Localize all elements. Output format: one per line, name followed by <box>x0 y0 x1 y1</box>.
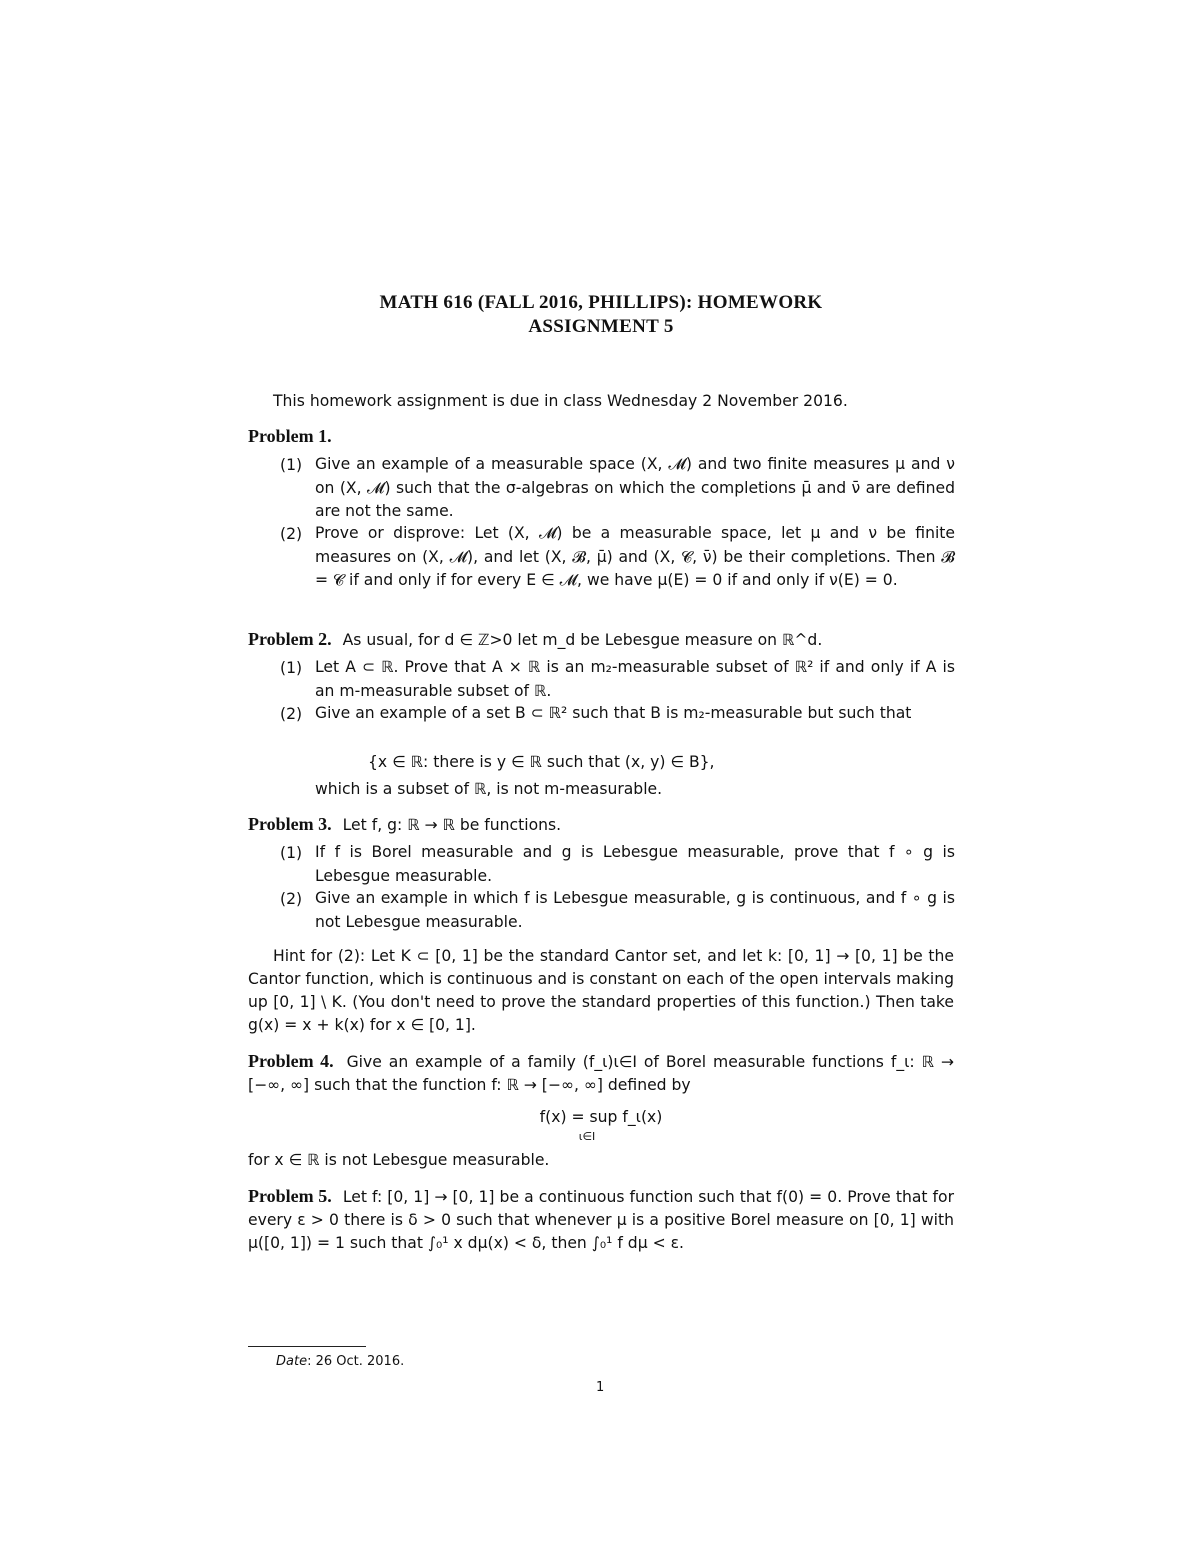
problem-2-item-2-after: which is a subset of ℝ, is not m-measura… <box>315 778 662 800</box>
problem-4-paragraph: Problem 4. Give an example of a family (… <box>248 1050 954 1097</box>
problem-1-item-2-number: (2) <box>280 523 302 545</box>
problem-2-display-set: {x ∈ ℝ: there is y ∈ ℝ such that (x, y) … <box>368 751 715 773</box>
problem-3-item-1-number: (1) <box>280 842 302 864</box>
problem-1-item-2-text: Prove or disprove: Let (X, 𝓜) be a measu… <box>315 522 955 593</box>
footnote-date: Date: 26 Oct. 2016. <box>276 1354 404 1369</box>
problem-2-label: Problem 2. <box>248 629 332 649</box>
problem-3-label: Problem 3. <box>248 814 332 834</box>
document-title-line2: ASSIGNMENT 5 <box>248 316 954 338</box>
page-number: 1 <box>596 1380 604 1395</box>
problem-1-item-1-text: Give an example of a measurable space (X… <box>315 453 955 524</box>
footnote-date-label: Date <box>276 1354 307 1369</box>
intro-text: This homework assignment is due in class… <box>273 390 848 412</box>
problem-4-lead: Give an example of a family (f_ι)ι∈I of … <box>248 1053 954 1094</box>
problem-5-paragraph: Problem 5. Let f: [0, 1] → [0, 1] be a c… <box>248 1185 954 1255</box>
problem-2-item-2-number: (2) <box>280 703 302 725</box>
problem-2-lead: As usual, for d ∈ ℤ>0 let m_d be Lebesgu… <box>343 631 823 649</box>
footnote-date-value: : 26 Oct. 2016. <box>307 1354 404 1369</box>
problem-2-item-1-number: (1) <box>280 657 302 679</box>
problem-3-item-2-number: (2) <box>280 888 302 910</box>
problem-4-after: for x ∈ ℝ is not Lebesgue measurable. <box>248 1149 549 1171</box>
problem-2-item-2-text: Give an example of a set B ⊂ ℝ² such tha… <box>315 702 955 726</box>
problem-3-hint: Hint for (2): Let K ⊂ [0, 1] be the stan… <box>248 945 954 1037</box>
problem-2-item-1-text: Let A ⊂ ℝ. Prove that A × ℝ is an m₂-mea… <box>315 656 955 703</box>
problem-3-heading: Problem 3. Let f, g: ℝ → ℝ be functions. <box>248 813 561 836</box>
problem-4-display-formula: f(x) = sup f_ι(x) <box>248 1108 954 1126</box>
problem-1-item-1-number: (1) <box>280 454 302 476</box>
problem-3-item-1-text: If f is Borel measurable and g is Lebesg… <box>315 841 955 888</box>
problem-2-heading: Problem 2. As usual, for d ∈ ℤ>0 let m_d… <box>248 628 822 651</box>
problem-4-label: Problem 4. <box>248 1051 334 1071</box>
problem-4-display-subscript: ι∈I <box>248 1130 954 1143</box>
footnote-rule <box>248 1346 366 1347</box>
problem-1-label: Problem 1. <box>248 425 332 447</box>
problem-3-lead: Let f, g: ℝ → ℝ be functions. <box>343 816 561 834</box>
problem-3-item-2-text: Give an example in which f is Lebesgue m… <box>315 887 955 934</box>
problem-5-label: Problem 5. <box>248 1186 332 1206</box>
problem-5-lead: Let f: [0, 1] → [0, 1] be a continuous f… <box>248 1188 954 1252</box>
document-title-line1: MATH 616 (FALL 2016, PHILLIPS): HOMEWORK <box>248 292 954 314</box>
